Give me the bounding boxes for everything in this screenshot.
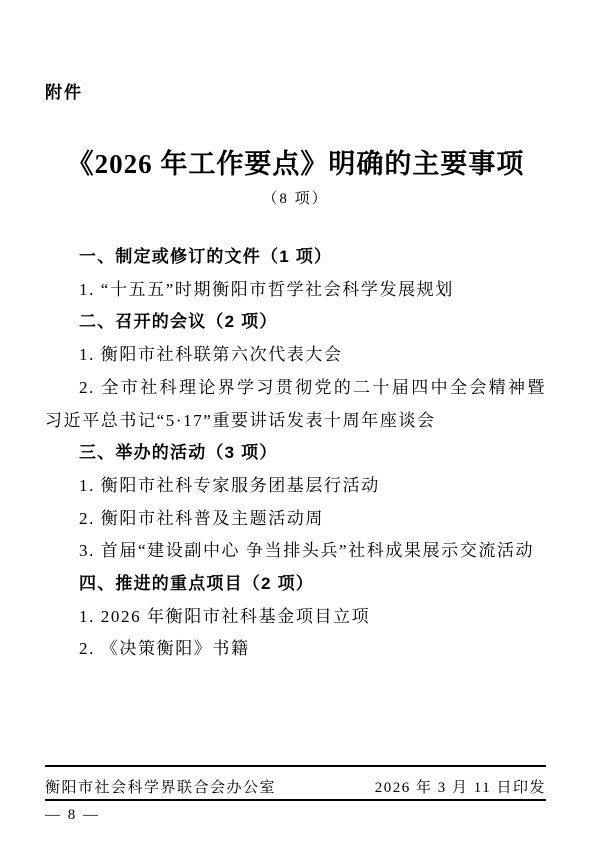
footer-row: 衡阳市社会科学界联合会办公室 2026 年 3 月 11 日印发 [45,773,546,799]
section-2-heading: 二、召开的会议（2 项） [45,306,546,339]
section-3-item-3: 3. 首届“建设副中心 争当排头兵”社科成果展示交流活动 [45,535,546,568]
attachment-label: 附件 [45,78,83,103]
document-title: 《2026 年工作要点》明确的主要事项 [45,142,546,181]
footer-print-date: 2026 年 3 月 11 日印发 [375,776,546,797]
footer-issuer: 衡阳市社会科学界联合会办公室 [45,776,276,797]
page-number: — 8 — [45,807,100,824]
section-1-heading: 一、制定或修订的文件（1 项） [45,241,546,274]
section-2-item-1: 1. 衡阳市社科联第六次代表大会 [45,339,546,372]
section-4-heading: 四、推进的重点项目（2 项） [45,568,546,601]
section-3-item-1: 1. 衡阳市社科专家服务团基层行活动 [45,470,546,503]
footer-rule-bottom [45,799,546,801]
document-page: 附件 《2026 年工作要点》明确的主要事项 （8 项） 一、制定或修订的文件（… [0,0,591,863]
section-1-item-1: 1. “十五五”时期衡阳市哲学社会科学发展规划 [45,274,546,307]
section-4-item-2: 2. 《决策衡阳》书籍 [45,633,546,666]
footer-rule-top [45,765,546,767]
section-3-item-2: 2. 衡阳市社科普及主题活动周 [45,503,546,536]
section-4-item-1: 1. 2026 年衡阳市社科基金项目立项 [45,601,546,634]
section-3-heading: 三、举办的活动（3 项） [45,437,546,470]
document-body: 一、制定或修订的文件（1 项） 1. “十五五”时期衡阳市哲学社会科学发展规划 … [45,241,546,666]
section-2-item-2: 2. 全市社科理论界学习贯彻党的二十届四中全会精神暨习近平总书记“5·17”重要… [45,372,546,437]
document-subtitle: （8 项） [45,187,546,208]
